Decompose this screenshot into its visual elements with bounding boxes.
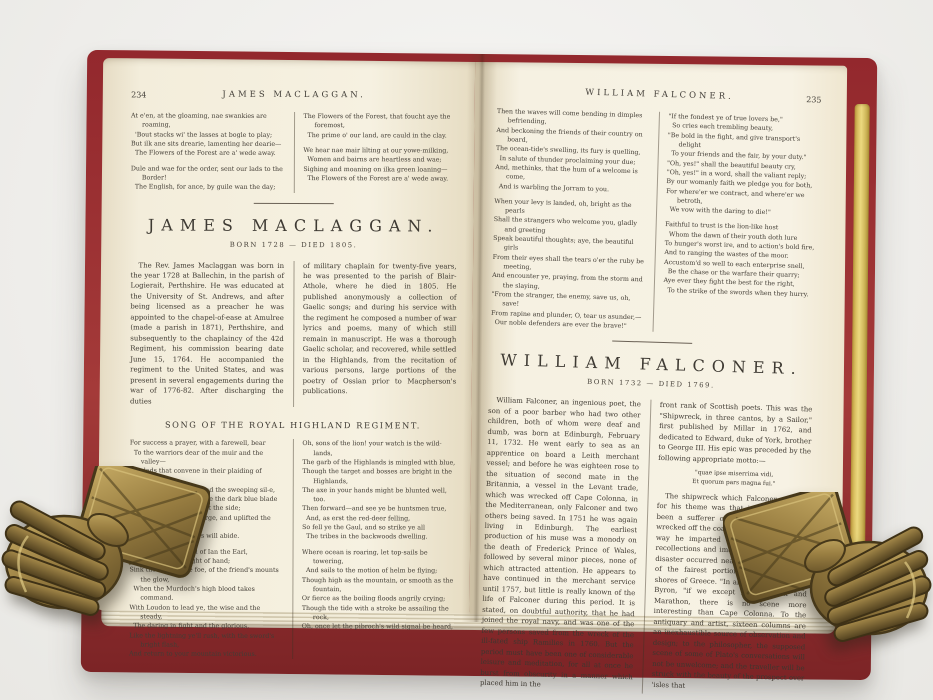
text-line: The Flowers of the Forest, that foucht a… xyxy=(304,112,458,131)
bio-column: William Falconer, an ingenious poet, the… xyxy=(480,395,641,693)
maclaggan-biography: The Rev. James Maclaggan was born in the… xyxy=(130,260,457,408)
text-line: The Flowers of the Forest are a' wede aw… xyxy=(303,174,457,184)
section-divider-rule xyxy=(612,341,692,344)
text-line: Or fierce as the boiling floods angrily … xyxy=(302,594,456,604)
text-line: We hear nae mair lilting at our yowe-mil… xyxy=(303,146,457,156)
text-line: The prime o' our land, are cauld in the … xyxy=(303,131,457,141)
right-running-title: WILLIAM FALCONER. xyxy=(497,85,821,105)
bio-column: The Rev. James Maclaggan was born in the… xyxy=(130,260,284,407)
left-running-title: JAMES MACLAGGAN. xyxy=(131,89,457,100)
latin-motto: "quae ipse miserrima vidi,Et quorum pars… xyxy=(657,468,810,490)
falconer-opening-verse: Then the waves will come bending in dimp… xyxy=(491,107,821,337)
text-line: And, as erst the red-deer felling, xyxy=(302,514,456,524)
brass-hand-page-holder-left xyxy=(0,466,210,634)
verse-column: At e'en, at the gloaming, nae swankies a… xyxy=(131,111,285,192)
flowers-of-the-forest-verse: At e'en, at the gloaming, nae swankies a… xyxy=(131,111,457,193)
text-line: The axe in your hands might be blunted w… xyxy=(302,486,456,505)
text-line: Though high as the mountain, or smooth a… xyxy=(302,576,456,595)
verse-column: The Flowers of the Forest, that foucht a… xyxy=(293,112,457,193)
text-line: Though the tide with a stroke be assaili… xyxy=(302,604,456,623)
article-dates-maclaggan: BORN 1728 — DIED 1805. xyxy=(131,240,457,249)
bio-paragraph: front rank of Scottish poets. This was t… xyxy=(658,400,812,467)
article-title-maclaggan: JAMES MACLAGGAN. xyxy=(131,215,457,235)
text-line: At e'en, at the gloaming, nae swankies a… xyxy=(131,111,285,130)
article-dates-falconer: BORN 1732 — DIED 1769. xyxy=(489,375,813,393)
text-line: The Flowers of the Forest are a' wede aw… xyxy=(131,149,285,159)
brass-hand-page-holder-right xyxy=(723,492,933,660)
left-page-number: 234 xyxy=(131,90,146,99)
text-line: The tribes in the backwoods dwelling. xyxy=(302,532,456,542)
bio-column: of military chaplain for twenty-five yea… xyxy=(293,261,457,408)
text-line: To the warriors dear of the muir and the… xyxy=(130,448,284,467)
text-line: Though the target and bosses are bright … xyxy=(302,467,456,486)
verse-column: Oh, sons of the lion! your watch is the … xyxy=(292,439,456,660)
text-line: Then forward—and see ye be huntsmen true… xyxy=(302,505,456,515)
text-line: And sails to the motion of helm be flyin… xyxy=(302,566,456,576)
text-line: For success a prayer, with a farewell, b… xyxy=(130,439,284,449)
book-photograph: 234 JAMES MACLAGGAN. At e'en, at the glo… xyxy=(0,0,933,700)
text-line: 'Bout stacks wi' the lasses at bogle to … xyxy=(131,130,285,140)
text-line: Where ocean is roaring, let top-sails be… xyxy=(302,548,456,567)
text-line: The garb of the Highlands is mingled wit… xyxy=(302,458,456,468)
text-line: Sighing and moaning on ilka green loanin… xyxy=(303,165,457,175)
right-running-head: WILLIAM FALCONER. 235 xyxy=(497,85,821,109)
text-line: The English, for ance, by guile wan the … xyxy=(131,183,285,193)
text-line: Oh, once let the pibroch's wild signal b… xyxy=(302,622,456,632)
right-page-number: 235 xyxy=(806,95,822,104)
text-line: Women and bairns are heartless and wae; xyxy=(303,155,457,165)
verse-column: Then the waves will come bending in dimp… xyxy=(491,107,650,332)
left-running-head: 234 JAMES MACLAGGAN. xyxy=(131,89,457,104)
article-title-falconer: WILLIAM FALCONER. xyxy=(489,350,813,379)
text-line: Oh, sons of the lion! your watch is the … xyxy=(302,439,456,458)
text-line: And return to your mountain victorious. xyxy=(129,650,283,660)
verse-column: "If the fondest ye of true lovers be," S… xyxy=(652,112,821,337)
song-heading: SONG OF THE ROYAL HIGHLAND REGIMENT. xyxy=(130,420,456,431)
text-line: So fell ye the Gaul, and so strike ye al… xyxy=(302,523,456,533)
text-line: But ilk ane sits drearie, lamenting her … xyxy=(131,139,285,149)
section-divider-rule xyxy=(254,202,334,203)
text-line: Dule and wae for the order, sent our lad… xyxy=(131,164,285,183)
